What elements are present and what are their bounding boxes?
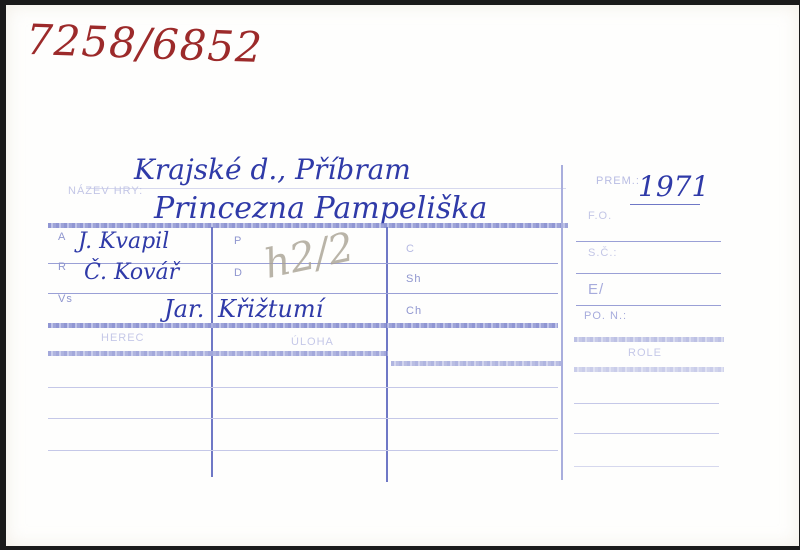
side-line-2: [576, 273, 721, 274]
row-line-2: [48, 293, 558, 294]
year-text: 1971: [638, 170, 709, 203]
grid-divider-3: [561, 165, 563, 480]
header-rule-left: [48, 351, 388, 356]
field-label-a: A: [58, 231, 66, 243]
header-role: ROLE: [628, 347, 662, 359]
table-row-line-1: [48, 387, 558, 388]
archive-number: 7258/6852: [25, 15, 264, 72]
producer-text: Krajské d., Příbram: [134, 153, 411, 186]
pencil-mark: h2/2: [260, 224, 358, 288]
field-label-d: D: [234, 267, 243, 279]
fields-bottom-rule: [48, 323, 558, 328]
field-value-scenography: Křižtumí: [218, 295, 323, 323]
header-herec: HEREC: [101, 332, 145, 344]
field-value-a: J. Kvapil: [78, 229, 169, 254]
header-rule-right: [574, 367, 724, 372]
year-underline: [630, 204, 700, 205]
field-label-sh: Sh: [406, 273, 421, 285]
field-label-c: C: [406, 243, 415, 255]
side-label-sc: S.Č.:: [588, 247, 617, 259]
table-row-line-3: [48, 450, 558, 451]
table-row-line-2: [48, 418, 558, 419]
title-text: Princezna Pampeliška: [154, 191, 487, 226]
field-label-vs: Vs: [58, 293, 73, 305]
header-rule-mid: [391, 361, 561, 366]
side-label-po: PO. N.:: [584, 310, 627, 322]
field-label-p: P: [234, 235, 242, 247]
header-uloha: ÚLOHA: [291, 336, 334, 348]
table-row-line-2r: [574, 433, 719, 434]
field-label-r: R: [58, 261, 67, 273]
field-value-vs: Jar.: [164, 295, 204, 323]
side-label-fo: F.O.: [588, 210, 612, 222]
year-label: PREM.:: [596, 175, 640, 187]
archive-card: 7258/6852 Krajské d., Příbram NÁZEV HRY:…: [6, 5, 799, 546]
side-rule: [574, 337, 724, 342]
producer-line: [86, 188, 566, 189]
side-line-1: [576, 241, 721, 242]
table-row-line-1r: [574, 403, 719, 404]
side-line-3: [576, 305, 721, 306]
title-rule: [48, 223, 568, 228]
side-label-e: E/: [588, 281, 604, 298]
table-row-line-3r: [574, 466, 719, 467]
title-label: NÁZEV HRY:: [68, 185, 143, 197]
field-value-r: Č. Kovář: [84, 260, 179, 285]
field-label-ch: Ch: [406, 305, 422, 317]
